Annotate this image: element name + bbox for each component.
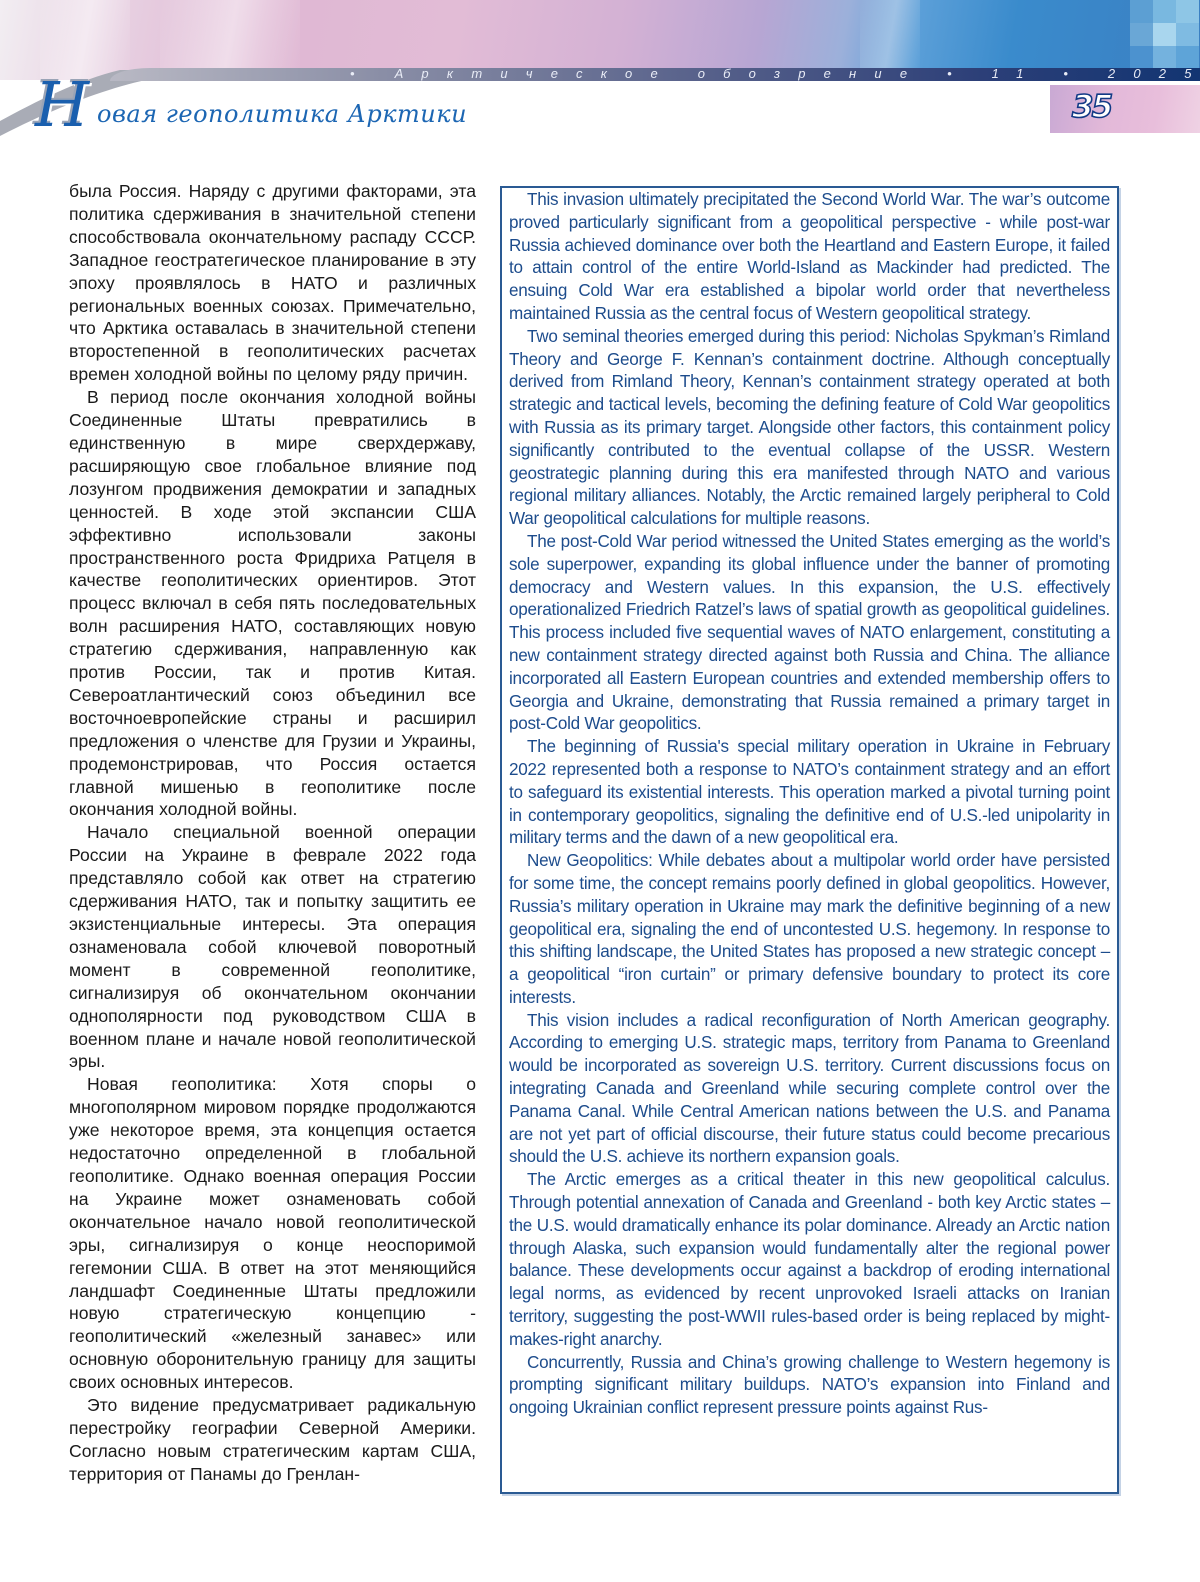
- paragraph: Concurrently, Russia and China’s growing…: [509, 1352, 1110, 1420]
- section-title-text: овая геополитика Арктики: [97, 100, 467, 128]
- english-text-column: This invasion ultimately precipitated th…: [509, 189, 1110, 1420]
- paragraph: This invasion ultimately precipitated th…: [509, 189, 1110, 326]
- paragraph: была Россия. Наряду с другими факторами,…: [69, 180, 476, 386]
- page-number: 35: [1072, 87, 1111, 127]
- paragraph: The Arctic emerges as a critical theater…: [509, 1169, 1110, 1351]
- paragraph: Это видение предусматривает радикальную …: [69, 1394, 476, 1486]
- russian-text-column: была Россия. Наряду с другими факторами,…: [69, 180, 476, 1486]
- paragraph: Новая геополитика: Хотя споры о многопол…: [69, 1073, 476, 1394]
- paragraph: Начало специальной военной операции Росс…: [69, 821, 476, 1073]
- journal-title-band-text: • Арктическое обозрение • 11 • 2025 •: [350, 66, 1110, 82]
- paragraph: New Geopolitics: While debates about a m…: [509, 850, 1110, 1010]
- section-title-initial: Н: [35, 70, 89, 140]
- banner-mosaic-tiles: [1130, 0, 1200, 70]
- paragraph: Two seminal theories emerged during this…: [509, 326, 1110, 531]
- paragraph: The beginning of Russia's special milita…: [509, 736, 1110, 850]
- paragraph: В период после окончания холодной войны …: [69, 386, 476, 821]
- page-number-box: 35: [1050, 85, 1200, 133]
- paragraph: The post-Cold War period witnessed the U…: [509, 531, 1110, 736]
- paragraph: This vision includes a radical reconfigu…: [509, 1010, 1110, 1170]
